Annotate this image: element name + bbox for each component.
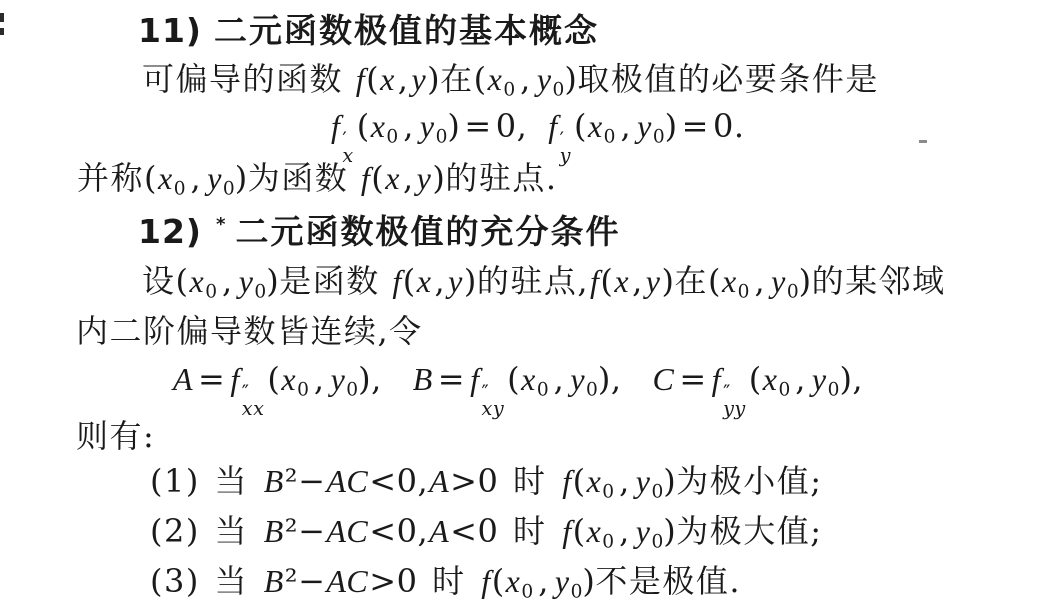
paren: ( (474, 60, 487, 98)
paren: ) (447, 107, 460, 145)
case-number: (2) (150, 512, 200, 550)
math-sub: 0 (738, 282, 750, 303)
math-var: x (487, 61, 504, 97)
math-sub: 0 (828, 380, 840, 401)
para-sufficient-condition-intro: 设(x0,y0)是函数 f(x,y)的驻点,f(x,y)在(x0,y0)的某邻域 (142, 261, 946, 304)
comma-mark: , (398, 107, 419, 145)
cn-text: 则有: (76, 417, 155, 455)
math-var: y (238, 263, 255, 299)
math-fxy: f(x,y) (589, 262, 674, 300)
cn-text: 当 (215, 562, 249, 600)
math-var: AC (325, 513, 369, 549)
math-point: (x0,y0) (708, 262, 812, 300)
cn-text: 取极值的必要条件是 (577, 60, 879, 98)
math-operator: ²− (285, 562, 326, 600)
paren: ) (582, 562, 595, 600)
math-f-second-xy: f″xy (469, 360, 507, 398)
paren: ( (574, 107, 587, 145)
math-var: B (263, 563, 285, 599)
math-var: x (157, 160, 174, 196)
math-var: y (554, 563, 571, 599)
paren: ) (235, 159, 248, 197)
math-sub: 0 (205, 282, 217, 303)
math-sub: 0 (553, 80, 565, 101)
math-var: AC (325, 563, 369, 599)
math-f-second-xx: f″xx (229, 360, 267, 398)
math-sub: 0 (223, 179, 235, 200)
paren: ) (661, 262, 674, 300)
math-var: x (189, 263, 206, 299)
comma-mark: , (614, 512, 635, 550)
case-number: (1) (150, 462, 200, 500)
comma-mark: , (533, 562, 554, 600)
paren: ( (144, 159, 157, 197)
heading-title: 二元函数极值的充分条件 (236, 212, 621, 251)
para-necessary-condition: 可偏导的函数 f(x,y)在(x0,y0)取极值的必要条件是 (142, 59, 879, 102)
paren: ( (749, 360, 762, 398)
cn-text: 并称 (77, 159, 144, 197)
math-point: (x0,y0) (144, 159, 248, 197)
math-var: x (384, 160, 401, 196)
math-fxy: f(x,y) (355, 60, 440, 98)
math-var: f (360, 160, 371, 196)
paren: ) (839, 360, 852, 398)
math-var: x (520, 361, 537, 397)
math-condition: B²−AC<0,A<0 (263, 512, 499, 550)
math-var: A (428, 513, 450, 549)
math-point: (x0,y0) (492, 562, 596, 600)
math-point: (x0,y0) (176, 262, 280, 300)
math-var: x (416, 263, 433, 299)
scanned-textbook-page: 11)二元函数极值的基本概念 可偏导的函数 f(x,y)在(x0,y0)取极值的… (0, 0, 1039, 611)
math-operator: >0 (369, 562, 417, 600)
math-condition: B²−AC>0 (263, 562, 418, 600)
math-point: (x0,y0) (573, 512, 677, 550)
math-operator: = (194, 360, 229, 398)
paren: ( (600, 262, 613, 300)
math-sub: 0 (653, 127, 665, 148)
comma-mark: , (309, 360, 330, 398)
math-var: x (613, 263, 630, 299)
math-var: y (330, 361, 347, 397)
formula-second-partials: A=f″xx(x0,y0),B=f″xy(x0,y0),C=f″yy(x0,y0… (172, 359, 863, 418)
math-var: f (355, 61, 366, 97)
scan-edge-artifact (0, 28, 4, 35)
heading-title: 二元函数极值的基本概念 (214, 11, 599, 50)
math-var: f (589, 263, 600, 299)
math-var: y (569, 361, 586, 397)
paren: ( (492, 562, 505, 600)
math-sub: xx (242, 401, 265, 417)
cn-text: 当 (215, 512, 249, 550)
case-3-not-extremum: (3) 当 B²−AC>0 时 f(x0,y0)不是极值. (150, 561, 741, 604)
math-var: x (505, 563, 522, 599)
math-sub: 0 (521, 582, 533, 603)
comma-mark: , (611, 360, 652, 398)
math-sub: 0 (571, 582, 583, 603)
scan-edge-artifact (0, 13, 4, 22)
math-var: f (391, 263, 402, 299)
math-var: B (263, 463, 285, 499)
comma-mark: , (186, 159, 207, 197)
math-var: y (416, 160, 433, 196)
paren: ( (366, 60, 379, 98)
math-sub: 0 (651, 532, 663, 553)
comma-mark: , (749, 262, 770, 300)
para-stationary-point-def: 并称(x0,y0)为函数 f(x,y)的驻点. (77, 158, 558, 201)
cn-text: 为极小值; (676, 462, 822, 500)
math-var: f (480, 563, 491, 599)
math-sub: 0 (174, 179, 186, 200)
math-var: y (206, 160, 223, 196)
math-var: x (587, 108, 604, 144)
math-sub: xy (482, 401, 505, 417)
math-var: f (711, 361, 722, 397)
math-sub: 0 (787, 282, 799, 303)
paren: ( (371, 159, 384, 197)
math-fxy: f(x,y) (391, 262, 476, 300)
math-var: y (811, 361, 828, 397)
cn-text: 在 (440, 60, 474, 98)
math-f-second-yy: f″yy (711, 360, 749, 398)
math-var: x (586, 513, 603, 549)
cn-text: 的驻点. (445, 159, 557, 197)
section-11-heading: 11)二元函数极值的基本概念 (138, 10, 599, 51)
case-2-local-maximum: (2) 当 B²−AC<0,A<0 时 f(x0,y0)为极大值; (150, 511, 823, 554)
math-var: x (721, 263, 738, 299)
math-num: 0 (713, 107, 734, 145)
case-number: (3) (150, 562, 200, 600)
math-var: A (172, 361, 194, 397)
math-point: (x0,y0) (574, 107, 678, 145)
label-then-have: 则有: (76, 416, 155, 456)
math-var: f (229, 361, 240, 397)
math-sub: 0 (604, 127, 616, 148)
math-var: y (447, 263, 464, 299)
math-operator: = (434, 360, 469, 398)
comma-mark: , (217, 262, 238, 300)
case-1-local-minimum: (1) 当 B²−AC<0,A>0 时 f(x0,y0)为极小值; (150, 461, 823, 504)
cn-text: 在 (674, 262, 708, 300)
comma-mark: , (852, 360, 863, 398)
paren: ) (663, 462, 676, 500)
math-point: (x0,y0) (573, 462, 677, 500)
math-var: y (770, 263, 787, 299)
paren: ) (432, 159, 445, 197)
comma-mark: , (515, 60, 536, 98)
math-operator: = (460, 107, 495, 145)
math-point: (x0,y0) (474, 60, 578, 98)
math-sub: 0 (602, 482, 614, 503)
math-var: C (652, 361, 676, 397)
cn-text: 为极大值; (676, 512, 822, 550)
paren: ( (176, 262, 189, 300)
comma-mark: , (432, 262, 447, 300)
comma-mark: , (790, 360, 811, 398)
math-operator: ²− (285, 512, 326, 550)
math-operator: <0, (369, 462, 428, 500)
cn-text: 是函数 (279, 262, 391, 300)
math-sub: yy (723, 401, 746, 417)
math-operator: = (675, 360, 710, 398)
paren: ) (665, 107, 678, 145)
cn-text: 不是极值. (595, 562, 741, 600)
math-point: (x0,y0) (267, 360, 371, 398)
cn-text: 设 (142, 262, 176, 300)
paren: ( (403, 262, 416, 300)
paren: ( (573, 512, 586, 550)
math-var: f (547, 108, 558, 144)
math-var: y (410, 61, 427, 97)
math-var: y (636, 108, 653, 144)
cn-text: 为函数 (248, 159, 360, 197)
prime-sub-stack: ″xx (242, 385, 265, 418)
para-intro-continuation: 内二阶偏导数皆连续,令 (76, 311, 423, 351)
math-var: x (762, 361, 779, 397)
paren: ( (573, 462, 586, 500)
comma-mark: , (371, 360, 412, 398)
math-operator: ²− (285, 462, 326, 500)
comma-mark: , (401, 159, 416, 197)
paren: ) (464, 262, 477, 300)
heading-number: 12) (138, 212, 202, 251)
math-var: A (428, 463, 450, 499)
paren: ) (598, 360, 611, 398)
math-var: y (635, 513, 652, 549)
paren: ) (427, 60, 440, 98)
comma-mark: , (517, 107, 548, 145)
math-var: x (280, 361, 297, 397)
cn-text: 内二阶偏导数皆连续,令 (76, 312, 423, 350)
math-sub: 0 (346, 380, 358, 401)
cn-text: 当 (215, 462, 249, 500)
paren: ) (358, 360, 371, 398)
math-operator: = (678, 107, 713, 145)
math-var: y (536, 61, 553, 97)
math-var: AC (325, 463, 369, 499)
math-sub: y (560, 148, 571, 164)
star-mark: * (216, 214, 228, 235)
section-12-heading: 12)*二元函数极值的充分条件 (138, 211, 621, 252)
math-var: y (419, 108, 436, 144)
cn-text: 时 (513, 512, 547, 550)
comma-mark: , (396, 60, 411, 98)
math-condition: B²−AC<0,A>0 (263, 462, 499, 500)
paren: ( (708, 262, 721, 300)
cn-text: 的某邻域 (812, 262, 946, 300)
math-operator: >0 (450, 462, 498, 500)
math-fxy: f(x,y) (360, 159, 445, 197)
paren: ) (564, 60, 577, 98)
paren: ( (507, 360, 520, 398)
prime-sub-stack: ″xy (482, 385, 505, 418)
cn-text: 时 (432, 562, 466, 600)
comma-mark: , (549, 360, 570, 398)
comma-mark: , (614, 462, 635, 500)
math-sub: 0 (297, 380, 309, 401)
cn-text: 可偏导的函数 (142, 60, 355, 98)
math-sub: 0 (602, 532, 614, 553)
math-point: (x0,y0) (749, 360, 853, 398)
math-sub: 0 (651, 482, 663, 503)
math-var: f (330, 108, 341, 144)
cn-text: 时 (513, 462, 547, 500)
math-var: B (263, 513, 285, 549)
math-var: x (370, 108, 387, 144)
paren: ) (663, 512, 676, 550)
cn-text: 的驻点, (477, 262, 589, 300)
period-mark: . (734, 107, 745, 145)
math-var: B (412, 361, 434, 397)
math-sub: 0 (503, 80, 515, 101)
math-sub: 0 (254, 282, 266, 303)
math-var: f (561, 513, 572, 549)
paren: ( (267, 360, 280, 398)
paren: ( (357, 107, 370, 145)
comma-mark: , (630, 262, 645, 300)
math-var: f (561, 463, 572, 499)
math-point: (x0,y0) (357, 107, 461, 145)
math-num: 0 (496, 107, 517, 145)
math-var: y (635, 463, 652, 499)
math-operator: <0, (369, 512, 428, 550)
prime-sub-stack: ″yy (723, 385, 746, 418)
math-sub: 0 (586, 380, 598, 401)
math-var: f (469, 361, 480, 397)
math-var: y (645, 263, 662, 299)
formula-first-order-conditions: f′x(x0,y0)=0,f′y(x0,y0)=0. (330, 106, 744, 165)
heading-number: 11) (138, 11, 202, 50)
math-sub: 0 (778, 380, 790, 401)
scan-dash-artifact (919, 140, 927, 143)
math-point: (x0,y0) (507, 360, 611, 398)
paren: ) (266, 262, 279, 300)
math-f-deriv-y: f′y (547, 107, 574, 145)
prime-sub-stack: ′y (560, 132, 571, 165)
math-operator: <0 (450, 512, 498, 550)
paren: ) (799, 262, 812, 300)
math-f-deriv-x: f′x (330, 107, 357, 145)
math-sub: 0 (537, 380, 549, 401)
comma-mark: , (615, 107, 636, 145)
math-var: x (586, 463, 603, 499)
math-sub: 0 (436, 127, 448, 148)
math-var: x (379, 61, 396, 97)
math-sub: 0 (386, 127, 398, 148)
